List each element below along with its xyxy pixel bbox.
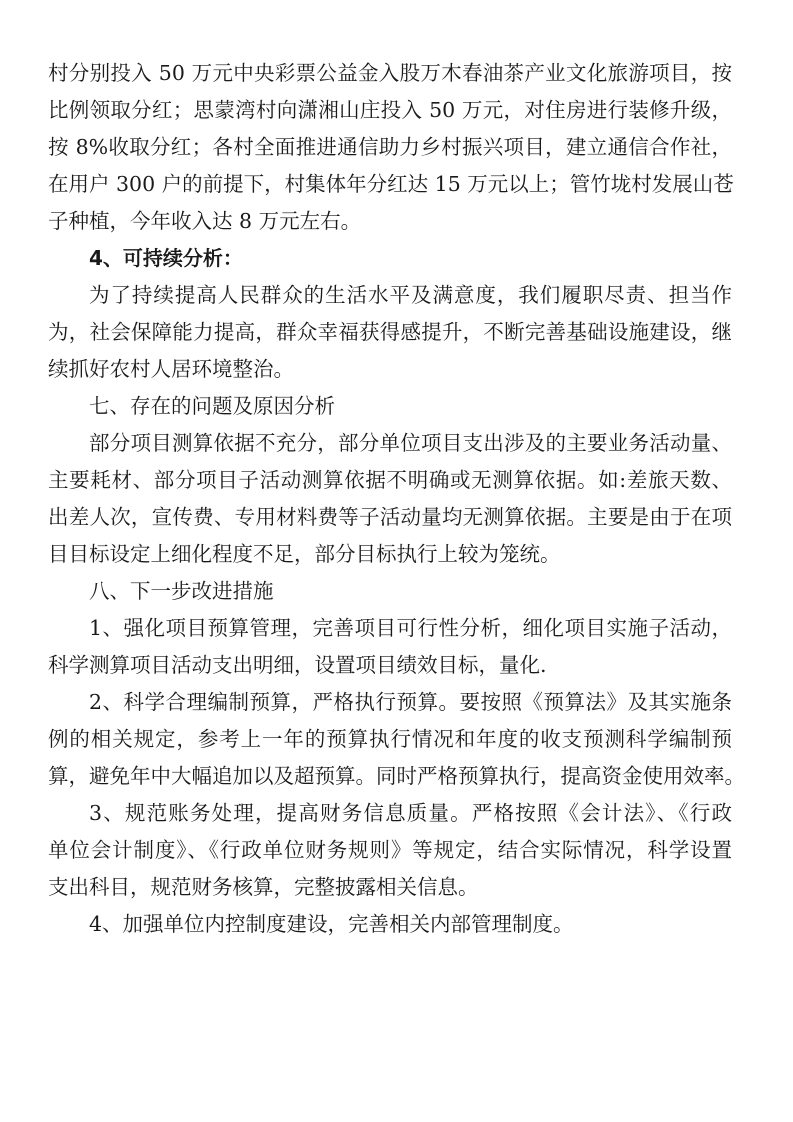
paragraph-dividend-projects: 村分别投入 50 万元中央彩票公益金入股万木春油茶产业文化旅游项目，按 比例领取…	[48, 55, 732, 240]
text-line: 为，社会保障能力提高，群众幸福获得感提升，不断完善基础设施建设，继	[48, 314, 732, 351]
text-line: 为了持续提高人民群众的生活水平及满意度，我们履职尽责、担当作	[48, 277, 732, 314]
paragraph-measure-3: 3、规范账务处理，提高财务信息质量。严格按照《会计法》、《行政 单位会计制度》、…	[48, 795, 732, 906]
text-line: 出差人次，宣传费、专用材料费等子活动量均无测算依据。主要是由于在项	[48, 499, 732, 536]
text-line: 例的相关规定，参考上一年的预算执行情况和年度的收支预测科学编制预	[48, 721, 732, 758]
text-line: 1、强化项目预算管理，完善项目可行性分析，细化项目实施子活动，	[48, 610, 732, 647]
text-line: 科学测算项目活动支出明细，设置项目绩效目标，量化.	[48, 647, 732, 684]
subheading-sustainability-analysis: 4、可持续分析：	[48, 240, 732, 277]
text-line: 2、科学合理编制预算，严格执行预算。要按照《预算法》及其实施条	[48, 684, 732, 721]
text-line: 按 8%收取分红；各村全面推进通信助力乡村振兴项目，建立通信合作社，	[48, 129, 732, 166]
text-line: 比例领取分红；思蒙湾村向潇湘山庄投入 50 万元，对住房进行装修升级，	[48, 92, 732, 129]
paragraph-sustainability: 为了持续提高人民群众的生活水平及满意度，我们履职尽责、担当作 为，社会保障能力提…	[48, 277, 732, 388]
text-line: 算，避免年中大幅追加以及超预算。同时严格预算执行，提高资金使用效率。	[48, 758, 732, 795]
text-line: 续抓好农村人居环境整治。	[48, 351, 732, 388]
heading-problems-analysis: 七、存在的问题及原因分析	[48, 388, 732, 425]
paragraph-measure-4: 4、加强单位内控制度建设，完善相关内部管理制度。	[48, 906, 732, 943]
text-line: 单位会计制度》、《行政单位财务规则》等规定，结合实际情况，科学设置	[48, 832, 732, 869]
text-line: 主要耗材、部分项目子活动测算依据不明确或无测算依据。如:差旅天数、	[48, 462, 732, 499]
paragraph-problems: 部分项目测算依据不充分，部分单位项目支出涉及的主要业务活动量、 主要耗材、部分项…	[48, 425, 732, 573]
text-line: 部分项目测算依据不充分，部分单位项目支出涉及的主要业务活动量、	[48, 425, 732, 462]
text-line: 村分别投入 50 万元中央彩票公益金入股万木春油茶产业文化旅游项目，按	[48, 55, 732, 92]
heading-improvement-measures: 八、下一步改进措施	[48, 573, 732, 610]
text-line: 目目标设定上细化程度不足，部分目标执行上较为笼统。	[48, 536, 732, 573]
text-line: 3、规范账务处理，提高财务信息质量。严格按照《会计法》、《行政	[48, 795, 732, 832]
text-line: 子种植，今年收入达 8 万元左右。	[48, 203, 732, 240]
text-line: 在用户 300 户的前提下，村集体年分红达 15 万元以上；管竹垅村发展山苍	[48, 166, 732, 203]
text-line: 支出科目，规范财务核算，完整披露相关信息。	[48, 869, 732, 906]
document-page: 村分别投入 50 万元中央彩票公益金入股万木春油茶产业文化旅游项目，按 比例领取…	[48, 55, 732, 943]
paragraph-measure-2: 2、科学合理编制预算，严格执行预算。要按照《预算法》及其实施条 例的相关规定，参…	[48, 684, 732, 795]
text-line: 4、加强单位内控制度建设，完善相关内部管理制度。	[48, 906, 732, 943]
paragraph-measure-1: 1、强化项目预算管理，完善项目可行性分析，细化项目实施子活动， 科学测算项目活动…	[48, 610, 732, 684]
